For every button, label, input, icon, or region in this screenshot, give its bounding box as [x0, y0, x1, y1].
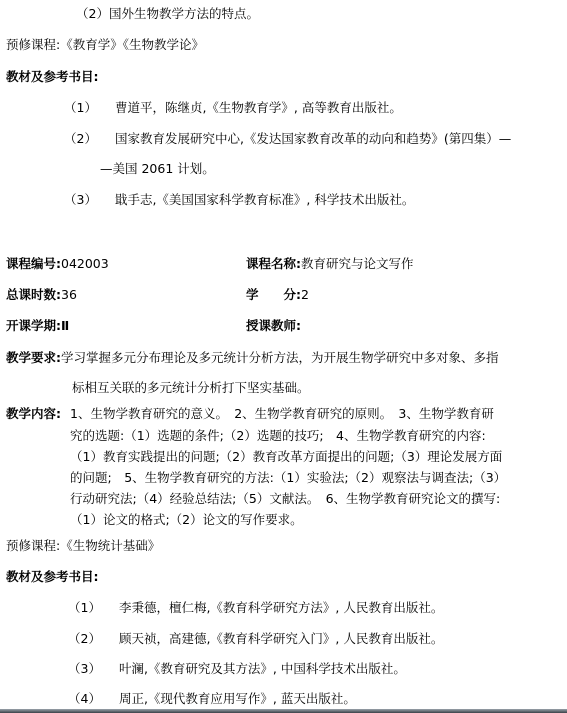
- total-hours-label: 总课时数:: [6, 287, 61, 302]
- course-code-label: 课程编号:: [6, 256, 61, 271]
- reference-number: （3）: [68, 661, 101, 676]
- reference-continuation: —美国 2061 计划。: [100, 161, 215, 177]
- teaching-content-line: 1、生物学教育研究的意义。 2、生物学教育研究的原则。 3、生物学教育研: [70, 406, 494, 422]
- reference-text: 周正,《现代教育应用写作》, 蓝天出版社。: [119, 691, 356, 706]
- reference-number: （2）: [68, 631, 101, 646]
- requirements-label: 教学要求:: [6, 350, 61, 365]
- reference-item: （3）叶澜,《教育研究及其方法》, 中国科学技术出版社。: [68, 661, 406, 677]
- objective-item-2: （2）国外生物教学方法的特点。: [76, 6, 259, 22]
- credits-value: 2: [301, 287, 309, 302]
- prerequisite-line: 预修课程:《生物统计基础》: [6, 538, 160, 554]
- reference-text: 国家教育发展研究中心,《发达国家教育改革的动向和趋势》(第四集）—: [115, 131, 511, 146]
- teacher: 授课教师:: [246, 318, 301, 334]
- reference-number: （1）: [64, 100, 97, 115]
- credits: 学 分:2: [246, 287, 309, 303]
- prerequisite-line: 预修课程:《教育学》《生物教学论》: [6, 37, 204, 53]
- reference-item: （1）李秉德，檀仁梅,《教育科学研究方法》, 人民教育出版社。: [68, 600, 443, 616]
- course-code-value: 042003: [61, 256, 109, 271]
- course-code: 课程编号:042003: [6, 256, 109, 272]
- credits-label: 学 分:: [246, 287, 301, 302]
- teaching-content-line: 行动研究法;（4）经验总结法;（5）文献法。 6、生物学教育研究论文的撰写:: [70, 491, 500, 507]
- reference-item: （2）国家教育发展研究中心,《发达国家教育改革的动向和趋势》(第四集）—: [64, 131, 511, 147]
- reference-item: （3）戢手志,《美国国家科学教育标准》, 科学技术出版社。: [64, 192, 414, 208]
- course-name-value: 教育研究与论文写作: [301, 256, 414, 271]
- teacher-label: 授课教师:: [246, 318, 301, 333]
- total-hours: 总课时数:36: [6, 287, 77, 303]
- prerequisite-value: 《教育学》《生物教学论》: [60, 37, 204, 52]
- prerequisite-label: 预修课程:: [6, 37, 60, 52]
- reference-number: （2）: [64, 131, 97, 146]
- teaching-content-line: 的问题; 5、生物学教育研究的方法:（1）实验法;（2）观察法与调查法;（3）: [70, 470, 506, 486]
- requirements-text-line2: 标相互关联的多元统计分析打下坚实基础。: [72, 380, 310, 396]
- page-bottom-border: [0, 709, 567, 713]
- total-hours-value: 36: [61, 287, 77, 302]
- reference-item: （4）周正,《现代教育应用写作》, 蓝天出版社。: [68, 691, 356, 707]
- references-heading: 教材及参考书目:: [6, 69, 99, 85]
- term-label: 开课学期:: [6, 318, 61, 333]
- course-name-label: 课程名称:: [246, 256, 301, 271]
- teaching-requirements: 教学要求:学习掌握多元分布理论及多元统计分析方法，为开展生物学研究中多对象、多指: [6, 350, 499, 366]
- prerequisite-value: 《生物统计基础》: [60, 538, 160, 553]
- term: 开课学期:Ⅱ: [6, 318, 69, 334]
- reference-number: （4）: [68, 691, 101, 706]
- reference-text: 叶澜,《教育研究及其方法》, 中国科学技术出版社。: [119, 661, 406, 676]
- course-name: 课程名称:教育研究与论文写作: [246, 256, 414, 272]
- reference-number: （1）: [68, 600, 101, 615]
- reference-text: 李秉德，檀仁梅,《教育科学研究方法》, 人民教育出版社。: [119, 600, 443, 615]
- reference-text: 戢手志,《美国国家科学教育标准》, 科学技术出版社。: [115, 192, 414, 207]
- teaching-content-label: 教学内容:: [6, 406, 61, 422]
- teaching-content-line: （1）论文的格式;（2）论文的写作要求。: [70, 512, 303, 528]
- reference-text: 顾天祯，高建德,《教育科学研究入门》, 人民教育出版社。: [119, 631, 443, 646]
- term-value: Ⅱ: [61, 318, 69, 333]
- requirements-text-line1: 学习掌握多元分布理论及多元统计分析方法，为开展生物学研究中多对象、多指: [61, 350, 499, 365]
- teaching-content-line: 究的选题:（1）选题的条件;（2）选题的技巧; 4、生物学教育研究的内容:: [70, 428, 486, 444]
- prerequisite-label: 预修课程:: [6, 538, 60, 553]
- reference-item: （2）顾天祯，高建德,《教育科学研究入门》, 人民教育出版社。: [68, 631, 443, 647]
- teaching-content-line: （1）教育实践提出的问题;（2）教育改革方面提出的问题;（3）理论发展方面: [70, 449, 502, 465]
- reference-text: 曹道平，陈继贞,《生物教育学》, 高等教育出版社。: [115, 100, 402, 115]
- references-heading: 教材及参考书目:: [6, 569, 99, 585]
- reference-number: （3）: [64, 192, 97, 207]
- reference-item: （1）曹道平，陈继贞,《生物教育学》, 高等教育出版社。: [64, 100, 402, 116]
